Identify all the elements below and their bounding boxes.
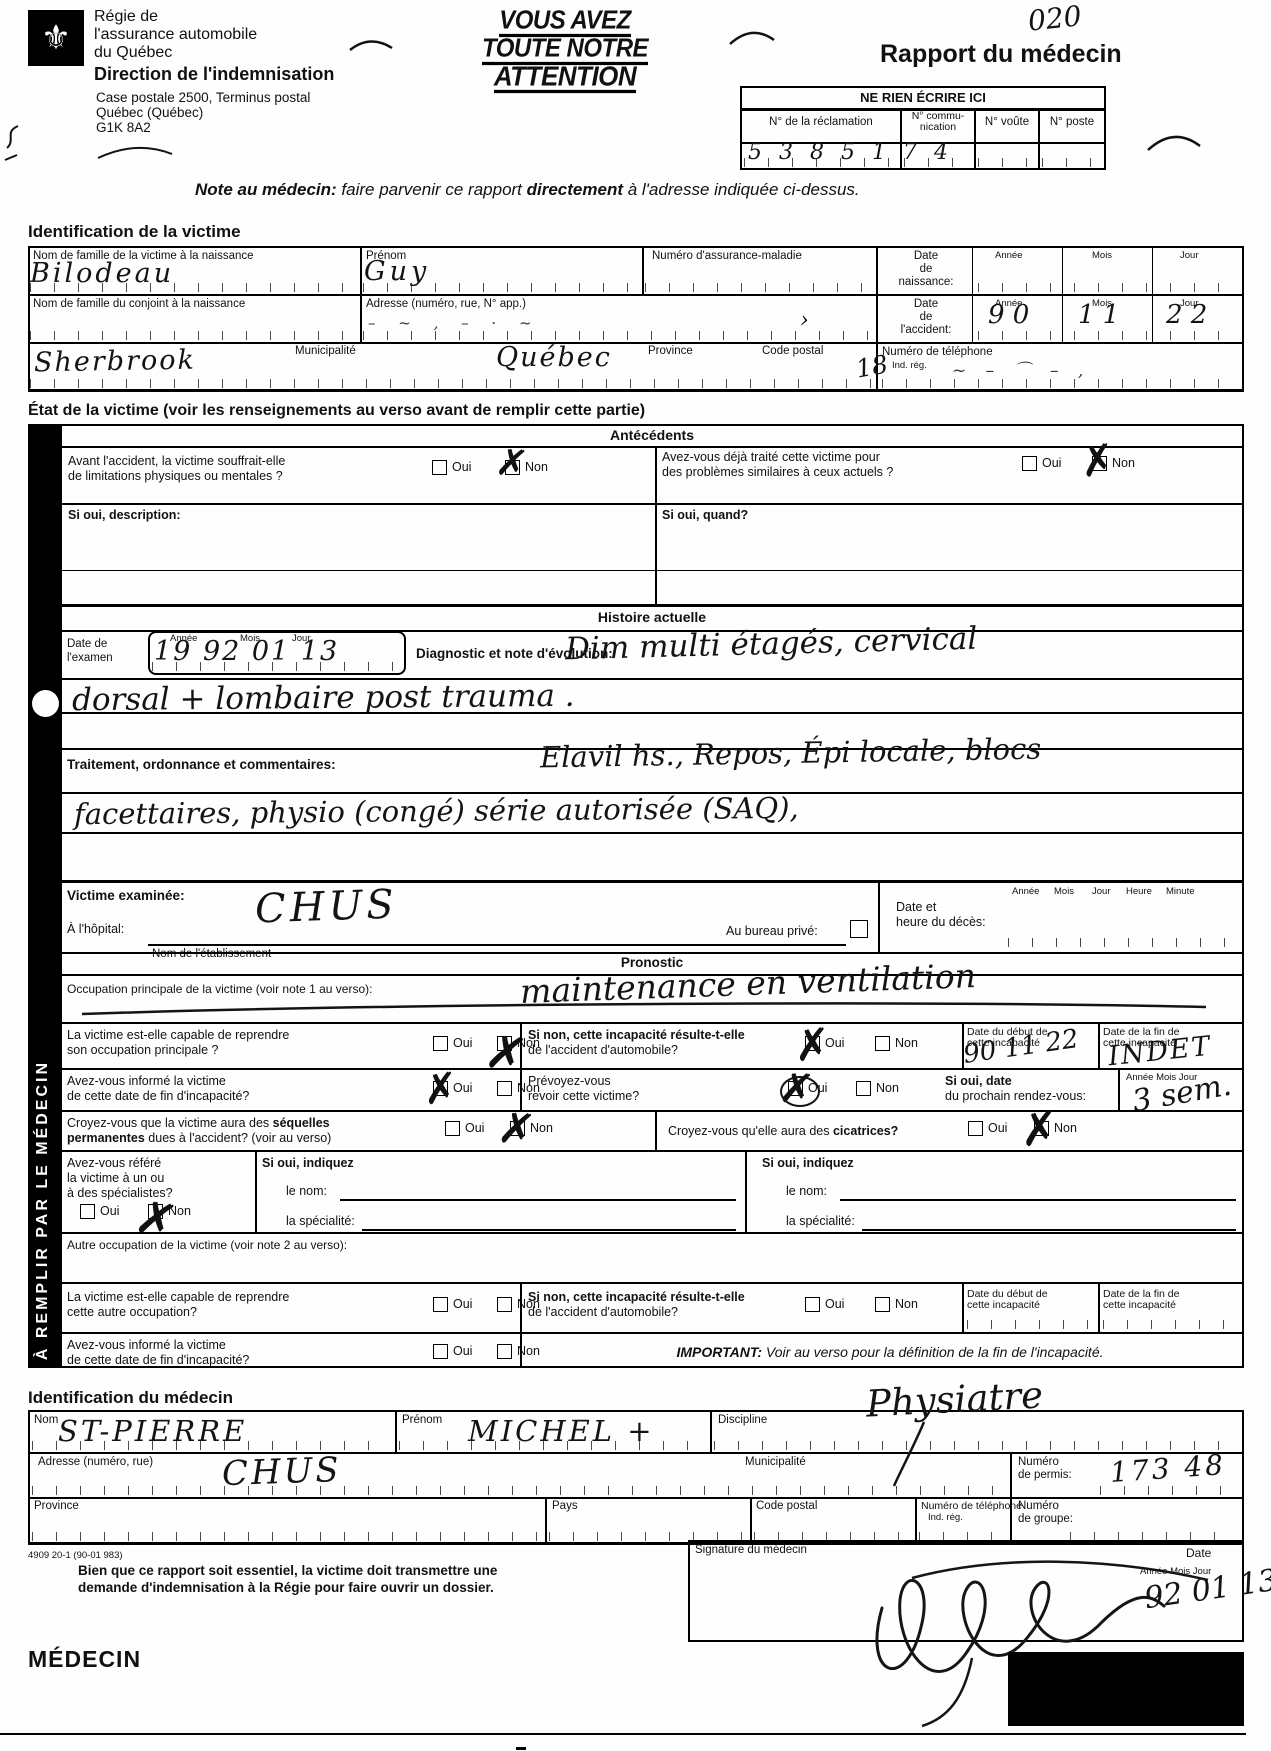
x-mark: ✗ — [421, 1067, 460, 1112]
write-line[interactable] — [862, 1229, 1236, 1231]
hw-province: Québec — [496, 342, 612, 373]
checkbox-informed-other-non[interactable] — [497, 1344, 512, 1359]
slogan-logo: VOUS AVEZ TOUTE NOTRE ATTENTION — [440, 8, 690, 92]
hw-accident-year: 9 0 — [988, 300, 1029, 330]
org-address-line2: Québec (Québec) — [96, 105, 310, 120]
write-line[interactable] — [840, 1199, 1236, 1201]
question-permanent-sequelae: Croyez-vous que la victime aura des séqu… — [67, 1116, 330, 1131]
org-name-line2: l'assurance automobile — [94, 26, 257, 44]
private-office-label: Au bureau privé: — [726, 924, 818, 939]
physician-address-label: Adresse (numéro, rue) — [38, 1456, 153, 1469]
slogan-line3: ATTENTION — [494, 63, 636, 93]
tick-marks — [30, 283, 358, 292]
org-division: Direction de l'indemnisation — [94, 64, 334, 85]
medicare-number-label: Numéro d'assurance-maladie — [652, 250, 802, 263]
tick-marks — [978, 283, 1238, 292]
checkbox-resume-other-non[interactable] — [497, 1297, 512, 1312]
question-incapacity-from-accident: Si non, cette incapacité résulte-t-elle — [528, 1028, 745, 1042]
hw-exam-date: 19 92 01 13 — [154, 636, 339, 667]
sidebar-vertical-label: À REMPLIR PAR LE MÉDECIN — [34, 1060, 52, 1360]
tick-marks — [967, 1320, 1091, 1329]
pen-mark-arc — [1146, 134, 1202, 154]
question-prior-limitations: Avant l'accident, la victime souffrait-e… — [68, 454, 285, 469]
x-mark: ✗ — [495, 1106, 538, 1155]
physician-firstname-label: Prénom — [402, 1414, 442, 1427]
victim-examined-label: Victime examinée: — [67, 888, 185, 903]
physician-area-code-label: Ind. rég. — [928, 1512, 963, 1523]
org-name-line1: Régie de — [94, 8, 257, 26]
tick-marks — [32, 1532, 541, 1541]
group-number-label: Numéro — [1018, 1500, 1059, 1513]
tick-marks — [30, 331, 358, 340]
post-number-label: N° poste — [1040, 116, 1104, 129]
main-occupation-label: Occupation principale de la victime (voi… — [67, 982, 372, 997]
footer-note-line2: demande d'indemnisation à la Régie pour … — [78, 1579, 497, 1596]
form-code: 4909 20-1 (90-01 983) — [28, 1550, 123, 1561]
physician-phone-label: Numéro de téléphone — [921, 1500, 1022, 1512]
treatment-label: Traitement, ordonnance et commentaires: — [67, 757, 336, 772]
bottom-rule — [0, 1733, 1246, 1735]
victim-section-title: Identification de la victime — [28, 222, 241, 242]
tick-marks — [1042, 158, 1100, 167]
question-referred-specialists: Avez-vous référé — [67, 1156, 161, 1171]
tick-marks — [30, 379, 874, 388]
tick-marks — [904, 158, 970, 167]
x-mark: ✗ — [494, 442, 531, 484]
write-line[interactable] — [340, 1199, 736, 1201]
hw-municipality: Sherbrook — [34, 345, 196, 379]
org-name-line3: du Québec — [94, 44, 257, 62]
tick-marks — [399, 1441, 707, 1450]
hw-underline-scribble — [80, 998, 1210, 1020]
if-yes-indicate-label: Si oui, indiquez — [762, 1156, 854, 1170]
tick-marks — [978, 331, 1238, 340]
permit-number-label: Numéro — [1018, 1456, 1059, 1469]
if-yes-description-label: Si oui, description: — [68, 508, 181, 522]
tick-marks — [363, 283, 640, 292]
hw-accident-month: 1 1 — [1078, 300, 1119, 330]
postal-code-label: Code postal — [762, 345, 823, 358]
question-treated-before: Avez-vous déjà traité cette victime pour — [662, 450, 880, 465]
question-see-again: Prévoyez-vous — [528, 1074, 611, 1089]
note-to-physician: Note au médecin: faire parvenir ce rappo… — [195, 180, 860, 200]
checkbox-treated-oui[interactable] — [1022, 456, 1037, 471]
checkbox-resume-main-oui[interactable] — [433, 1036, 448, 1051]
checkbox-informed-other-oui[interactable] — [433, 1344, 448, 1359]
question-informed-end-date: Avez-vous informé la victime — [67, 1074, 226, 1089]
x-mark: ✗ — [1018, 1105, 1060, 1154]
scanned-medical-report-form: ⚜ Régie de l'assurance automobile du Qué… — [0, 0, 1271, 1751]
tick-marks — [882, 379, 1238, 388]
next-appointment-label: Si oui, date — [945, 1074, 1012, 1088]
hw-hospital-name: CHUS — [254, 882, 398, 933]
checkbox-resume-other-oui[interactable] — [433, 1297, 448, 1312]
current-history-header: Histoire actuelle — [62, 609, 1242, 625]
exam-date-label: Date de — [67, 638, 107, 651]
tick-marks — [645, 283, 874, 292]
org-address-line1: Case postale 2500, Terminus postal — [96, 90, 310, 105]
x-mark: ✗ — [1077, 438, 1118, 484]
at-hospital-label: À l'hôpital: — [67, 922, 124, 937]
province-label: Province — [648, 345, 693, 358]
municipality-label: Municipalité — [295, 345, 356, 358]
checkbox-other-incapacity-non[interactable] — [875, 1297, 890, 1312]
fleur-de-lis-icon: ⚜ — [41, 21, 71, 55]
question-informed-other-end-date: Avez-vous informé la victime — [67, 1338, 226, 1353]
country-label: Pays — [552, 1500, 578, 1513]
redaction-block — [1008, 1652, 1244, 1726]
if-yes-when-label: Si oui, quand? — [662, 508, 748, 522]
x-mark: ✗ — [777, 1066, 816, 1111]
tick-marks — [32, 1441, 392, 1450]
x-mark: ✗ — [793, 1023, 833, 1069]
physician-postal-label: Code postal — [756, 1500, 817, 1513]
pen-tail-stroke — [890, 1420, 930, 1490]
year-label: Année — [995, 250, 1022, 261]
slogan-line1: VOUS AVEZ — [499, 7, 631, 37]
physician-province-label: Province — [34, 1500, 79, 1513]
pen-mark-arc — [728, 30, 776, 48]
physician-section-title: Identification du médecin — [28, 1388, 233, 1408]
checkbox-other-incapacity-oui[interactable] — [805, 1297, 820, 1312]
checkbox-referred-oui[interactable] — [80, 1204, 95, 1219]
physician-name-label: Nom — [34, 1414, 58, 1427]
physician-municipality-label: Municipalité — [745, 1456, 806, 1469]
pen-mark-arc — [348, 38, 394, 54]
signature-label: Signature du médecin — [695, 1544, 807, 1557]
tick-marks — [744, 158, 896, 167]
checkbox-incapacity-accident-non[interactable] — [875, 1036, 890, 1051]
accident-date-label: Date — [882, 298, 970, 311]
tick-marks — [1008, 938, 1238, 947]
checkbox-see-again-non[interactable] — [856, 1081, 871, 1096]
day-label: Jour — [1180, 250, 1198, 261]
checkbox-limitations-oui[interactable] — [432, 460, 447, 475]
month-label: Mois — [1092, 250, 1112, 261]
tick-marks — [978, 158, 1034, 167]
antecedents-header: Antécédents — [62, 427, 1242, 443]
org-address-line3: G1K 8A2 — [96, 120, 310, 135]
tick-marks — [1103, 1320, 1235, 1329]
address-label: Adresse (numéro, rue, N° app.) — [366, 298, 526, 311]
hw-phone-ink: ~ – ⌒ – , — [952, 356, 1090, 381]
checkbox-scars-oui[interactable] — [968, 1121, 983, 1136]
claim-number-label: N° de la réclamation — [742, 116, 900, 129]
hw-address-mark: › — [800, 308, 809, 333]
important-note: IMPORTANT: Voir au verso pour la définit… — [540, 1344, 1240, 1360]
admin-box-title: NE RIEN ÉCRIRE ICI — [740, 90, 1106, 105]
hw-accident-day: 2 2 — [1166, 300, 1207, 330]
spouse-lastname-label: Nom de famille du conjoint à la naissanc… — [33, 298, 245, 311]
question-scars: Croyez-vous qu'elle aura des cicatrices? — [668, 1124, 898, 1139]
if-yes-indicate-label: Si oui, indiquez — [262, 1156, 354, 1170]
hole-punch — [32, 690, 59, 717]
write-line[interactable] — [362, 1229, 736, 1231]
tick-marks — [1100, 1486, 1238, 1495]
state-section-title: État de la victime (voir les renseigneme… — [28, 402, 645, 420]
question-resume-other-occupation: La victime est-elle capable de reprendre — [67, 1290, 289, 1305]
hw-address-ink: – ~ , – · ~ — [368, 314, 541, 332]
checkbox-informed-non[interactable] — [497, 1081, 512, 1096]
quebec-logo: ⚜ — [28, 10, 84, 66]
pen-mark-squiggle — [2, 124, 24, 168]
birth-date-label: Date — [882, 250, 970, 263]
physician-discipline-label: Discipline — [718, 1414, 767, 1427]
area-code-label: Ind. rég. — [892, 360, 927, 371]
bottom-dash — [516, 1747, 526, 1750]
question-other-incapacity-from-accident: Si non, cette incapacité résulte-t-elle — [528, 1290, 745, 1304]
vault-number-label: N° voûte — [976, 116, 1038, 129]
tick-marks — [32, 1486, 1006, 1495]
pen-mark-arc — [96, 146, 176, 162]
other-occupation-label: Autre occupation de la victime (voir not… — [67, 1238, 347, 1253]
footer-note-line1: Bien que ce rapport soit essentiel, la v… — [78, 1562, 497, 1579]
checkbox-private-office[interactable] — [850, 920, 868, 938]
checkbox-sequelae-oui[interactable] — [445, 1121, 460, 1136]
sidebar-bar: À REMPLIR PAR LE MÉDECIN — [28, 424, 62, 1368]
hw-page-code: 020 — [1026, 0, 1083, 38]
medecin-footer-label: MÉDECIN — [28, 1646, 141, 1673]
question-resume-main-occupation: La victime est-elle capable de reprendre — [67, 1028, 289, 1043]
death-date-label: Date et — [896, 900, 936, 915]
tick-marks — [714, 1441, 1238, 1450]
tick-marks — [363, 331, 874, 340]
page-title: Rapport du médecin — [880, 40, 1122, 69]
hw-treatment-line2: facettaires, physio (congé) série autori… — [74, 791, 799, 831]
